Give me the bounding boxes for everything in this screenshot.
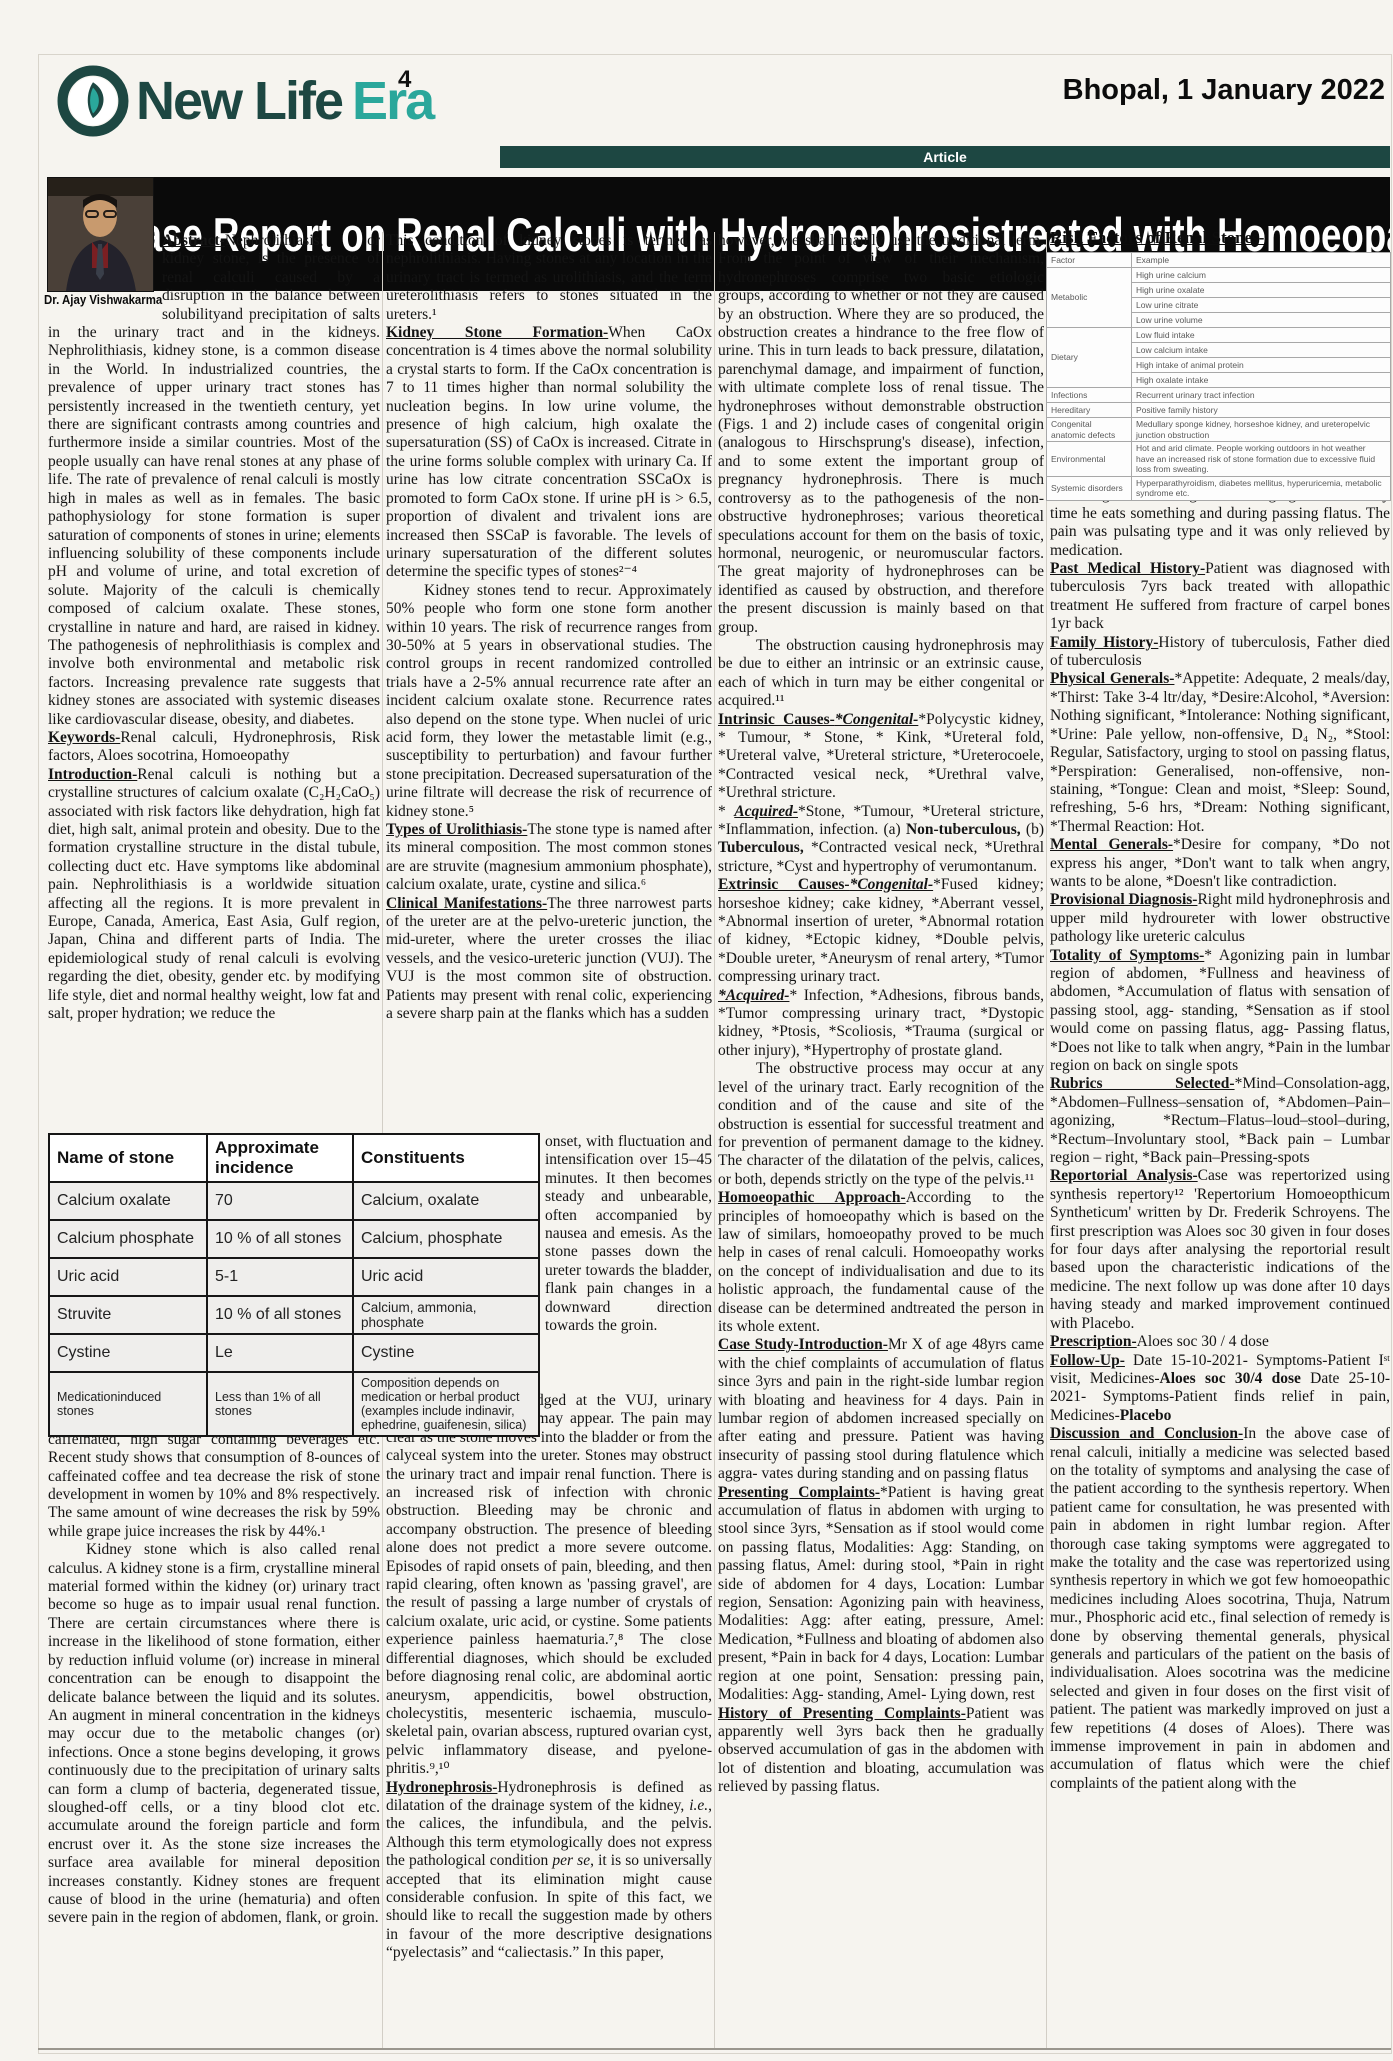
stone-table-header-cell: Name of stone [49, 1134, 207, 1182]
table-cell: Composition depends on medication or her… [353, 1372, 539, 1436]
table-row: Congenital anatomic defectsMedullary spo… [1047, 418, 1391, 442]
risk-example-cell: Medullary sponge kidney, horseshoe kidne… [1132, 418, 1391, 442]
risk-table-head-row: FactorExample [1047, 253, 1391, 268]
section-label: Article [923, 149, 967, 165]
section-heading: Prescription- [1050, 1333, 1137, 1350]
text-run: Renal calculi is nothing but a crystalli… [48, 766, 380, 1022]
section-heading: Acquired- [734, 803, 798, 820]
column-divider [714, 232, 715, 2048]
table-row: InfectionsRecurrent urinary tract infect… [1047, 388, 1391, 403]
text-run: Kidney stones tend to recur. Approximate… [386, 582, 712, 820]
text-run: The three narrowest parts of the ureter … [386, 895, 712, 1022]
risk-factor-cell: Metabolic [1047, 268, 1132, 328]
table-row: Calcium phosphate10 % of all stonesCalci… [49, 1220, 539, 1258]
risk-example-cell: Hot and arid climate. People working out… [1132, 442, 1391, 477]
paragraph: Abstract-Nephrolithiasis, or kidney ston… [48, 232, 380, 729]
risk-example-cell: High urine calcium [1132, 268, 1391, 283]
text-run: When CaOx concentration is 4 times above… [386, 324, 712, 580]
paragraph: Kidney stones tend to recur. Approximate… [386, 582, 712, 821]
text-run: onset, with fluctuation and intensificat… [545, 1133, 712, 1334]
table-cell: Struvite [49, 1296, 207, 1334]
paragraph: Intrinsic Causes-*Congenital-*Polycystic… [718, 711, 1044, 803]
newspaper-page: New LifeEra 4 Bhopal, 1 January 2022 Art… [0, 0, 1393, 2061]
column-1-top: Abstract-Nephrolithiasis, or kidney ston… [48, 232, 380, 1128]
risk-example-cell: Hyperparathyroidism, diabetes mellitus, … [1132, 476, 1391, 500]
table-cell: 10 % of all stones [207, 1296, 353, 1334]
section-banner: Article [500, 146, 1390, 168]
section-heading: Homoeopathic Approach- [718, 1189, 906, 1206]
text-run: per se [552, 1852, 590, 1869]
risk-example-cell: High oxalate intake [1132, 373, 1391, 388]
section-heading: *Congenital- [850, 876, 934, 893]
table-cell: Le [207, 1334, 353, 1372]
text-run: * Agonizing pain in lumbar region of abd… [1050, 947, 1390, 1074]
paragraph: Rubrics Selected-*Mind–Consolation-agg, … [1050, 1075, 1390, 1167]
table-cell: Calcium, ammonia, phosphate [353, 1296, 539, 1334]
table-cell: 70 [207, 1182, 353, 1220]
paragraph: The obstructive process may occur at any… [718, 1060, 1044, 1189]
paragraph: Types of Urolithiasis-The stone type is … [386, 821, 712, 895]
risk-table-title: Risk Factors of Renal Stones- [1050, 228, 1264, 248]
paragraph: Homoeopathic Approach-According to the p… [718, 1189, 1044, 1336]
column-4: Afterwards gradually he experienced pain… [1050, 468, 1390, 2054]
table-row: MetabolicHigh urine calcium [1047, 268, 1391, 283]
stone-table-header-cell: Approximate incidence [207, 1134, 353, 1182]
column-2-bottom: When the stone is lodged at the VUJ, uri… [386, 1392, 712, 2054]
text-run: *Appetite: Adequate, 2 meals/day, *Thirs… [1050, 670, 1390, 834]
table-cell: 10 % of all stones [207, 1220, 353, 1258]
section-heading: Clinical Manifestations- [386, 895, 547, 912]
table-cell: Less than 1% of all stones [207, 1372, 353, 1436]
paragraph: Keywords-Renal calculi, Hydronephrosis, … [48, 729, 380, 766]
text-run: In the above case of renal calculi, init… [1050, 1425, 1390, 1792]
risk-factor-cell: Congenital anatomic defects [1047, 418, 1132, 442]
text-run: *Patient is having great accumulation of… [718, 1484, 1044, 1703]
paragraph: The obstruction causing hydronephrosis m… [718, 637, 1044, 711]
section-heading: Family History- [1050, 634, 1158, 651]
paragraph: however, we shall mainly use the traditi… [718, 232, 1044, 637]
text-run: Placebo [1120, 1407, 1172, 1424]
section-heading: Types of Urolithiasis- [386, 821, 527, 838]
paragraph: Mental Generals-*Desire for company, *Do… [1050, 836, 1390, 891]
text-run: Mr X of age 48yrs came with the chief co… [718, 1336, 1044, 1482]
risk-example-cell: Low calcium intake [1132, 343, 1391, 358]
risk-table-header-cell: Example [1132, 253, 1391, 268]
risk-example-cell: High intake of animal protein [1132, 358, 1391, 373]
section-heading: Provisional Diagnosis- [1050, 891, 1197, 908]
paragraph: Past Medical History-Patient was diagnos… [1050, 560, 1390, 634]
table-cell: Calcium oxalate [49, 1182, 207, 1220]
paragraph: *Acquired-* Infection, *Adhesions, fibro… [718, 987, 1044, 1061]
table-cell: Calcium phosphate [49, 1220, 207, 1258]
section-heading: Case Study-Introduction- [718, 1336, 888, 1353]
section-heading: Totality of Symptoms- [1050, 947, 1204, 964]
table-row: DietaryLow fluid intake [1047, 328, 1391, 343]
table-cell: Uric acid [49, 1258, 207, 1296]
paragraph: Case Study-Introduction-Mr X of age 48yr… [718, 1336, 1044, 1483]
risk-example-cell: Low urine volume [1132, 313, 1391, 328]
section-heading: Discussion and Conclusion- [1050, 1425, 1243, 1442]
text-run: (b) [1021, 821, 1044, 838]
section-heading: Physical Generals- [1050, 670, 1174, 687]
table-row: Calcium oxalate70Calcium, oxalate [49, 1182, 539, 1220]
section-heading: Abstract- [162, 232, 225, 249]
risk-example-cell: High urine oxalate [1132, 283, 1391, 298]
table-cell: Medicationinduced stones [49, 1372, 207, 1436]
section-heading: Reportorial Analysis- [1050, 1167, 1198, 1184]
text-run: Non-tuberculous, [906, 821, 1021, 838]
stone-types-table: Name of stoneApproximate incidenceConsti… [48, 1133, 540, 1437]
table-row: Uric acid5-1Uric acid [49, 1258, 539, 1296]
paragraph: Introduction-Renal calculi is nothing bu… [48, 766, 380, 1024]
risk-table-body: MetabolicHigh urine calciumHigh urine ox… [1047, 268, 1391, 501]
table-row: EnvironmentalHot and arid climate. Peopl… [1047, 442, 1391, 477]
newspaper-title: New LifeEra [136, 70, 433, 132]
paragraph: Reportorial Analysis-Case was repertoriz… [1050, 1167, 1390, 1333]
brand-secondary: Era [352, 71, 433, 131]
paragraph: Follow-Up- Date 15-10-2021- Symptoms-Pat… [1050, 1352, 1390, 1426]
footer-rule [38, 2048, 1391, 2050]
text-run: When the stone is lodged at the VUJ, uri… [386, 1392, 712, 1777]
table-row: HereditaryPositive family history [1047, 403, 1391, 418]
paragraph: Prescription-Aloes soc 30 / 4 dose [1050, 1333, 1390, 1351]
dateline: Bhopal, 1 January 2022 [1063, 74, 1385, 107]
column-1-bottom: occurrence of renal calculi. The prevale… [48, 1394, 380, 2054]
risk-example-cell: Positive family history [1132, 403, 1391, 418]
paragraph: Totality of Symptoms-* Agonizing pain in… [1050, 947, 1390, 1076]
table-cell: Calcium, oxalate [353, 1182, 539, 1220]
paragraph: History of Presenting Complaints-Patient… [718, 1705, 1044, 1797]
table-row: Medicationinduced stonesLess than 1% of … [49, 1372, 539, 1436]
paragraph: Kidney stone which is also called renal … [48, 1541, 380, 1928]
text-run: however, we shall mainly use the traditi… [718, 232, 1044, 636]
section-heading: Extrinsic Causes- [718, 876, 850, 893]
column-2-top: This condition of kidney stones is terme… [386, 232, 712, 1132]
photo-wrap-spacer [48, 232, 162, 306]
risk-factor-cell: Dietary [1047, 328, 1132, 388]
paragraph: Provisional Diagnosis-Right mild hydrone… [1050, 891, 1390, 946]
section-heading: Rubrics Selected- [1050, 1075, 1235, 1092]
text-run: Kidney stone which is also called renal … [48, 1541, 380, 1926]
section-heading: Introduction- [48, 766, 137, 783]
table-row: Struvite10 % of all stonesCalcium, ammon… [49, 1296, 539, 1334]
section-heading: *Congenital- [835, 711, 919, 728]
text-run: Aloes soc 30 / 4 dose [1137, 1333, 1269, 1350]
section-heading: Presenting Complaints- [718, 1484, 880, 1501]
paragraph: * Acquired-*Stone, *Tumour, *Ureteral st… [718, 803, 1044, 877]
column-divider [1046, 232, 1047, 2048]
section-heading: Intrinsic Causes- [718, 711, 835, 728]
text-run: Aloes soc 30/4 dose [1160, 1370, 1301, 1387]
text-run: The obstruction causing hydronephrosis m… [718, 637, 1044, 709]
text-run: * [718, 803, 734, 820]
paragraph: This condition of kidney stones is terme… [386, 232, 712, 324]
section-heading: Mental Generals- [1050, 836, 1173, 853]
paragraph: Discussion and Conclusion-In the above c… [1050, 1425, 1390, 1793]
section-heading: Keywords- [48, 729, 120, 746]
paragraph: Extrinsic Causes-*Congenital-*Fused kidn… [718, 876, 1044, 986]
risk-example-cell: Low fluid intake [1132, 328, 1391, 343]
table-row: Systemic disordersHyperparathyroidism, d… [1047, 476, 1391, 500]
section-heading: Past Medical History- [1050, 560, 1205, 577]
section-heading: History of Presenting Complaints- [718, 1705, 966, 1722]
section-heading: *Acquired- [718, 987, 789, 1004]
paragraph: Family History-History of tuberculosis, … [1050, 634, 1390, 671]
stone-table-body: Calcium oxalate70Calcium, oxalateCalcium… [49, 1182, 539, 1436]
risk-factor-cell: Hereditary [1047, 403, 1132, 418]
risk-example-cell: Low urine citrate [1132, 298, 1391, 313]
section-heading: Kidney Stone Formation- [386, 324, 608, 341]
text-run: According to the principles of homoeopat… [718, 1189, 1044, 1335]
table-cell: Cystine [353, 1334, 539, 1372]
section-heading: Follow-Up- [1050, 1352, 1125, 1369]
stone-table-head-row: Name of stoneApproximate incidenceConsti… [49, 1134, 539, 1182]
risk-factor-cell: Systemic disorders [1047, 476, 1132, 500]
paragraph: Presenting Complaints-*Patient is having… [718, 1484, 1044, 1705]
section-heading: Hydronephrosis- [386, 1779, 497, 1796]
paragraph: When the stone is lodged at the VUJ, uri… [386, 1392, 712, 1779]
risk-example-cell: Recurrent urinary tract infection [1132, 388, 1391, 403]
paragraph: Clinical Manifestations-The three narrow… [386, 895, 712, 1024]
table-cell: 5-1 [207, 1258, 353, 1296]
brand-primary: New Life [136, 71, 342, 131]
risk-factor-cell: Infections [1047, 388, 1132, 403]
risk-table-header-cell: Factor [1047, 253, 1132, 268]
paragraph: Hydronephrosis-Hydronephrosis is defined… [386, 1779, 712, 1963]
text-run: Tuberculous, [718, 839, 804, 856]
table-row: CystineLeCystine [49, 1334, 539, 1372]
table-cell: Uric acid [353, 1258, 539, 1296]
newspaper-logo-icon [54, 62, 132, 140]
text-run: i.e. [689, 1797, 708, 1814]
paragraph: Physical Generals-*Appetite: Adequate, 2… [1050, 670, 1390, 836]
text-run: The obstructive process may occur at any… [718, 1060, 1044, 1187]
table-cell: Cystine [49, 1334, 207, 1372]
risk-factor-cell: Environmental [1047, 442, 1132, 477]
text-run: Nephrolithiasis, or kidney stone, is the… [48, 232, 380, 728]
paragraph: Kidney Stone Formation-When CaOx concent… [386, 324, 712, 582]
stone-table-header-cell: Constituents [353, 1134, 539, 1182]
text-run: This condition of kidney stones is terme… [386, 232, 712, 323]
paragraph: onset, with fluctuation and intensificat… [545, 1133, 712, 1335]
column-3: however, we shall mainly use the traditi… [718, 232, 1044, 2054]
text-run: Case was repertorized using synthesis re… [1050, 1167, 1390, 1331]
risk-factors-table: FactorExample MetabolicHigh urine calciu… [1046, 252, 1391, 501]
column-2-narrow: onset, with fluctuation and intensificat… [545, 1133, 712, 1391]
table-cell: Calcium, phosphate [353, 1220, 539, 1258]
page-number: 4 [398, 66, 411, 94]
